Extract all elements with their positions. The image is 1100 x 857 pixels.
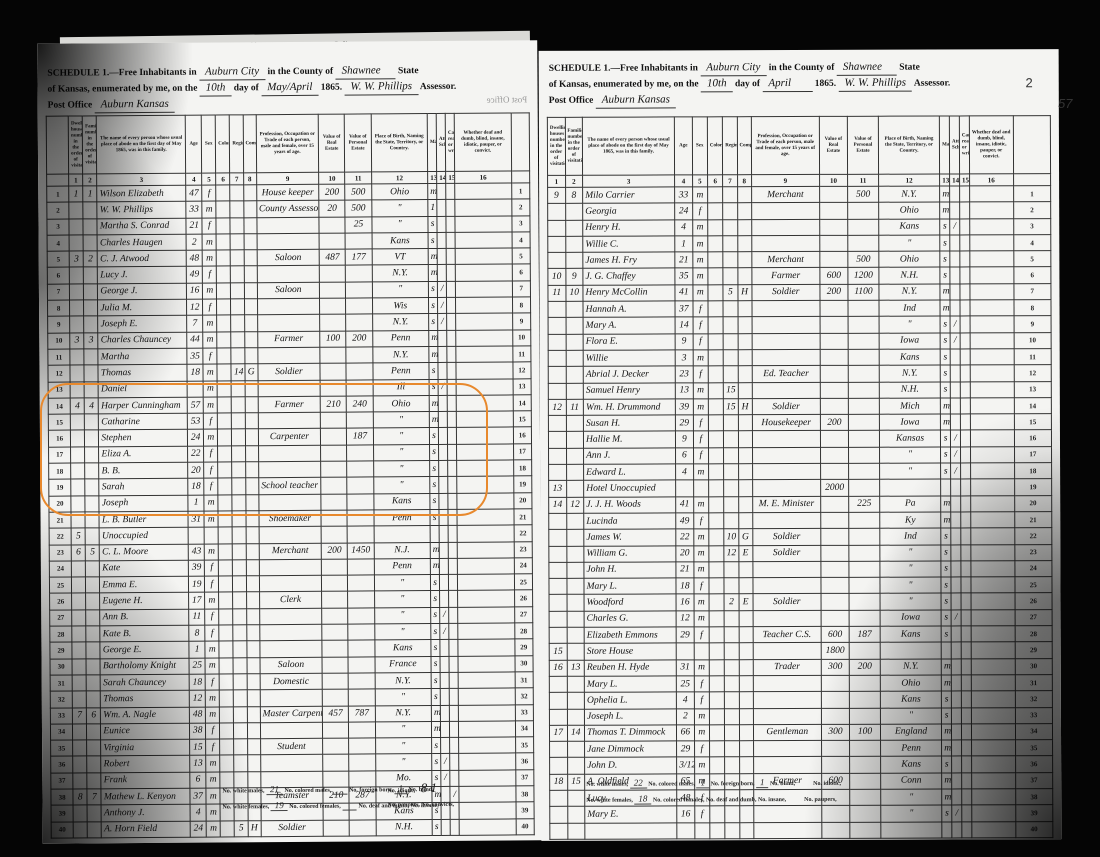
dwelling-number (69, 267, 83, 283)
census-row: 1613Reuben H. Hyde31mTrader300200N.Y.m30 (549, 658, 1052, 676)
real-estate-value (322, 673, 348, 689)
column-number: 8 (243, 173, 256, 185)
age: 7 (187, 315, 203, 331)
place-of-birth: N.Y. (372, 346, 429, 363)
place-of-birth: Kans (880, 691, 941, 708)
company (737, 268, 751, 284)
color (708, 187, 723, 203)
person-name: Susan H. (583, 415, 675, 432)
personal-estate-value (350, 819, 376, 835)
cannot-read-write (449, 656, 458, 672)
place-of-birth: Kans (880, 756, 941, 773)
line-number-right: 38 (516, 786, 534, 802)
regiment (234, 723, 247, 739)
attended-school (440, 705, 449, 721)
cannot-read-write (960, 381, 970, 397)
sex: m (693, 545, 708, 561)
regiment (723, 236, 737, 252)
column-header: Cannot read or write (959, 116, 969, 174)
attended-school: / (440, 623, 449, 639)
census-row: Samuel Henry13m15N.H.s13 (548, 381, 1051, 399)
regiment (233, 609, 246, 625)
census-row: Hallie M.9fKansass/16 (548, 430, 1051, 448)
census-row: Joseph L.2m"s33 (549, 707, 1052, 725)
occupation (753, 757, 821, 774)
line-number-right: 21 (514, 509, 532, 525)
real-estate-value (319, 233, 345, 249)
place-of-birth: Iowa (880, 610, 941, 627)
married: s (429, 428, 438, 444)
regiment (233, 560, 246, 576)
county-field: Shawnee (837, 60, 897, 76)
occupation: Soldier (752, 398, 820, 415)
remarks (456, 330, 513, 347)
place-of-birth: Kans (372, 232, 429, 249)
married: m (942, 789, 952, 805)
regiment (233, 592, 246, 608)
cannot-read-write (961, 675, 971, 691)
color (709, 562, 724, 578)
line-number: 14 (1014, 397, 1051, 413)
regiment (231, 331, 244, 347)
attended-school (950, 186, 960, 202)
regiment (725, 725, 739, 741)
married: s (431, 623, 440, 639)
line-number: 31 (1015, 675, 1052, 691)
blind-label: No. blind, (770, 781, 795, 787)
footer-totals-left-2: No. idiotic, 8 1 No. paupers, No. convic… (387, 781, 454, 812)
personal-estate-value (346, 298, 372, 314)
regiment (231, 315, 244, 331)
sex: m (202, 250, 216, 266)
color (217, 299, 231, 315)
personal-estate-value (348, 559, 374, 575)
company (245, 478, 258, 494)
occupation: Soldier (753, 594, 821, 611)
sex: m (204, 495, 218, 511)
line-number: 33 (50, 708, 72, 724)
line-number: 6 (47, 268, 69, 284)
attended-school (952, 773, 962, 789)
color (216, 218, 230, 234)
family-number: 11 (566, 399, 584, 415)
column-number: 14 (950, 174, 960, 186)
occupation (257, 233, 320, 250)
cannot-read-write (447, 346, 456, 362)
place-of-birth: Kans (879, 219, 940, 236)
sex: m (206, 755, 220, 771)
age: 18 (676, 578, 694, 594)
married: s (429, 314, 438, 330)
cannot-read-write (446, 232, 455, 248)
cannot-read-write (960, 300, 970, 316)
company: H (248, 820, 261, 836)
sex: m (693, 464, 708, 480)
sex: f (694, 578, 709, 594)
sex: m (692, 252, 707, 268)
color (708, 350, 723, 366)
person-name: Woodford (584, 594, 676, 611)
personal-estate-value: 500 (848, 251, 879, 267)
line-number: 28 (50, 626, 72, 642)
family-number (567, 807, 585, 823)
personal-estate-value (849, 447, 880, 463)
company (738, 447, 752, 463)
census-table-right: Dwelling-houses numbered in the order of… (547, 115, 1054, 840)
married: s (941, 561, 951, 577)
personal-estate-value (347, 461, 373, 477)
regiment (724, 627, 738, 643)
color (708, 382, 723, 398)
remarks (970, 414, 1014, 430)
real-estate-value: 2000 (820, 480, 849, 496)
color (708, 203, 723, 219)
regiment (232, 511, 245, 527)
family-number (86, 642, 100, 658)
person-name: Unoccupied (99, 527, 188, 544)
personal-estate-value (348, 657, 374, 673)
married: s (429, 379, 438, 395)
regiment (724, 464, 738, 480)
personal-estate-value (849, 463, 880, 479)
personal-estate-value: 200 (849, 659, 880, 675)
line-number: 27 (1015, 609, 1052, 625)
place-of-birth: " (373, 477, 430, 494)
attended-school (441, 721, 450, 737)
occupation (257, 298, 320, 315)
person-name: William G. (584, 545, 676, 562)
company (247, 755, 260, 771)
paupers-label: No. paupers, (388, 802, 421, 808)
real-estate-value (821, 577, 850, 593)
age: 48 (186, 250, 202, 266)
color (217, 332, 231, 348)
company: E (738, 545, 752, 561)
personal-estate-value (849, 610, 880, 626)
attended-school (439, 542, 448, 558)
column-header: Dwelling-houses numbered in the order of… (547, 117, 565, 175)
family-number: 2 (83, 251, 97, 267)
column-header: Regiment (723, 117, 737, 175)
sex (694, 822, 709, 838)
column-number: 2 (83, 174, 97, 186)
column-header: Value of Real Estate (318, 114, 345, 172)
column-header (46, 116, 69, 174)
married (941, 642, 951, 658)
age: 16 (676, 594, 694, 610)
occupation (258, 380, 321, 397)
company (244, 283, 257, 299)
personal-estate-value (349, 689, 375, 705)
cannot-read-write (960, 202, 970, 218)
census-row: Elizabeth Emmons29fTeacher C.S.600187Kan… (549, 626, 1052, 644)
cannot-read-write (449, 591, 458, 607)
dwelling-number (71, 463, 85, 479)
occupation (753, 708, 821, 725)
married: s (941, 463, 951, 479)
occupation (260, 755, 323, 772)
line-number-right: 27 (514, 607, 532, 623)
company (244, 315, 257, 331)
census-row: Hannah A.37fIndm8 (548, 300, 1051, 318)
day-field: 10th (701, 76, 733, 92)
attended-school (951, 675, 961, 691)
place-of-birth: " (375, 689, 432, 706)
person-name: Thomas T. Dimmock (585, 725, 677, 742)
personal-estate-value (849, 414, 880, 430)
line-number: 24 (49, 561, 71, 577)
real-estate-value: 1800 (821, 643, 850, 659)
cannot-read-write (961, 496, 971, 512)
remarks (456, 346, 513, 363)
age: 1 (675, 236, 693, 252)
line-number-right: 8 (512, 297, 530, 313)
regiment (233, 576, 246, 592)
married: m (430, 558, 439, 574)
cannot-read-write (961, 512, 971, 528)
column-number: 3 (583, 175, 675, 187)
attended-school (951, 528, 961, 544)
dwelling-number (549, 546, 567, 562)
age: 29 (676, 627, 694, 643)
family-number: 10 (565, 285, 583, 301)
person-name: Abrial J. Decker (583, 366, 675, 383)
age (187, 381, 203, 397)
family-number (567, 627, 585, 643)
dwelling-number: 10 (548, 269, 566, 285)
line-number-right: 6 (512, 264, 530, 280)
dwelling-number (548, 220, 566, 236)
sex: m (203, 381, 217, 397)
married: s (429, 298, 438, 314)
color (218, 478, 232, 494)
remarks (970, 365, 1014, 381)
line-number-right: 33 (515, 704, 533, 720)
cannot-read-write (450, 819, 459, 835)
person-name: Ophelia L. (584, 692, 676, 709)
family-number (567, 790, 585, 806)
real-estate-value (820, 512, 849, 528)
age: 41 (675, 285, 693, 301)
dwelling-number (550, 807, 568, 823)
real-estate-value (323, 820, 349, 836)
personal-estate-value (848, 333, 879, 349)
place-of-birth: " (880, 708, 941, 725)
assessor-field: W. W. Phillips (838, 76, 912, 92)
dwelling-number (548, 383, 566, 399)
line-number-right: 39 (516, 802, 534, 818)
place-of-birth (881, 822, 942, 839)
dwelling-number (73, 756, 87, 772)
regiment (231, 250, 244, 266)
personal-estate-value: 500 (848, 186, 879, 202)
color (218, 397, 232, 413)
line-number: 17 (1014, 446, 1051, 462)
cannot-read-write (447, 363, 456, 379)
place-of-birth: Ky (880, 512, 941, 529)
age: 49 (186, 267, 202, 283)
person-name: Charles G. (584, 611, 676, 628)
sex: m (203, 332, 217, 348)
sex: m (694, 611, 709, 627)
census-row: Willie3mKanss11 (548, 349, 1051, 367)
remarks (457, 525, 514, 542)
place-of-birth: " (879, 235, 940, 252)
company (246, 592, 259, 608)
person-name: Julia M. (98, 299, 187, 316)
county-label: in the County of (267, 67, 333, 77)
insane-label: No. insane, (758, 797, 786, 803)
column-header: Sex (692, 117, 708, 175)
family-number: 4 (84, 398, 98, 414)
company (246, 560, 259, 576)
schedule-header-left: SCHEDULE 1.—Free Inhabitants in Auburn C… (47, 62, 527, 113)
age: 49 (676, 513, 694, 529)
remarks (459, 704, 516, 721)
family-number: 9 (565, 269, 583, 285)
real-estate-value (320, 282, 346, 298)
occupation: Farmer (752, 268, 820, 285)
real-estate-value (820, 447, 849, 463)
place-of-birth: " (372, 216, 429, 233)
color (708, 333, 723, 349)
cannot-read-write (960, 219, 970, 235)
color (219, 641, 233, 657)
census-row: 1110Henry McCollin41m5HSoldier2001100N.Y… (548, 283, 1051, 301)
column-header: Profession, Occupation or Trade of each … (751, 116, 819, 174)
attended-school (951, 561, 961, 577)
remarks (971, 724, 1015, 740)
regiment (231, 299, 244, 315)
personal-estate-value (848, 203, 879, 219)
regiment (725, 806, 739, 822)
place-of-birth: Ohio (880, 675, 941, 692)
remarks (458, 672, 515, 689)
personal-estate-value (848, 365, 879, 381)
personal-estate-value (349, 722, 375, 738)
real-estate-value (320, 380, 346, 396)
color (708, 399, 723, 415)
occupation (752, 447, 820, 464)
remarks (457, 460, 514, 477)
personal-estate-value (849, 398, 880, 414)
place-of-birth: Ohio (373, 395, 430, 412)
age: 18 (188, 478, 204, 494)
census-row: William G.20m12ESoldier"s23 (549, 544, 1052, 562)
occupation: Clerk (259, 592, 322, 609)
dwelling-number (72, 659, 86, 675)
remarks (457, 411, 514, 428)
attended-school (438, 395, 447, 411)
remarks (970, 495, 1014, 511)
personal-estate-value (850, 740, 881, 756)
age: 3 (675, 350, 693, 366)
regiment (232, 462, 245, 478)
remarks (457, 509, 514, 526)
remarks (457, 493, 514, 510)
company (738, 366, 752, 382)
remarks (455, 232, 512, 249)
married: m (431, 721, 440, 737)
age: 13 (675, 382, 693, 398)
remarks (970, 463, 1014, 479)
real-estate-value (319, 266, 345, 282)
cannot-read-write (960, 349, 970, 365)
white-males-label: No. white males, (222, 788, 264, 794)
company (739, 610, 753, 626)
color (220, 723, 234, 739)
sex: f (203, 348, 217, 364)
census-row: Lucinda49fKym21 (549, 512, 1052, 530)
company (243, 217, 256, 233)
line-number-right: 37 (515, 769, 533, 785)
remarks (971, 772, 1015, 788)
personal-estate-value (849, 561, 880, 577)
married: m (940, 186, 950, 202)
dwelling-number (69, 219, 83, 235)
color (710, 822, 725, 838)
remarks (971, 642, 1015, 658)
cannot-read-write (447, 314, 456, 330)
white-females-value: 18 (634, 794, 651, 805)
married: m (428, 249, 437, 265)
line-number-right: 31 (515, 672, 533, 688)
line-number: 39 (1015, 805, 1052, 821)
occupation (257, 347, 320, 364)
married (942, 822, 952, 838)
remarks (970, 349, 1014, 365)
dwelling-number (550, 823, 568, 839)
color (219, 674, 233, 690)
sex: m (693, 496, 708, 512)
family-number (86, 675, 100, 691)
company (738, 496, 752, 512)
real-estate-value (821, 561, 850, 577)
family-number (566, 350, 584, 366)
line-number: 5 (1013, 251, 1050, 267)
occupation (753, 643, 821, 660)
age: 6 (676, 448, 694, 464)
dwelling-number (71, 512, 85, 528)
cannot-read-write (447, 330, 456, 346)
remarks (971, 707, 1015, 723)
line-number: 27 (50, 610, 72, 626)
line-number-right: 20 (514, 492, 532, 508)
married: s (940, 235, 950, 251)
remarks (970, 381, 1014, 397)
state-label: State (899, 63, 920, 73)
age: 17 (189, 593, 205, 609)
place-of-birth: Kans (880, 626, 941, 643)
company (739, 708, 753, 724)
cannot-read-write (961, 707, 971, 723)
attended-school (440, 672, 449, 688)
company (738, 415, 752, 431)
company (737, 187, 751, 203)
place-of-birth: " (375, 738, 432, 755)
personal-estate-value (849, 577, 880, 593)
family-number (566, 464, 584, 480)
line-number: 32 (50, 691, 72, 707)
age: 12 (187, 299, 203, 315)
person-name: Joseph L. (584, 708, 676, 725)
color (218, 446, 232, 462)
company (244, 331, 257, 347)
regiment (724, 578, 738, 594)
line-number: 7 (1014, 283, 1051, 299)
person-name: Thomas (98, 364, 187, 381)
color (709, 627, 724, 643)
